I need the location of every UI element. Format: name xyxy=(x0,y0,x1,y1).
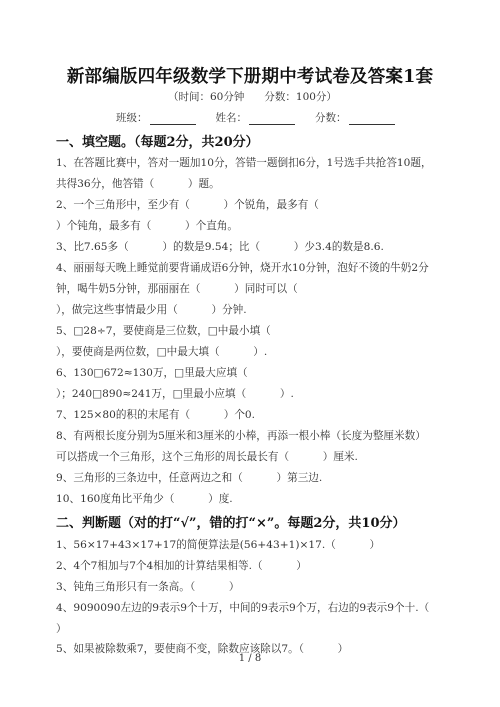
score-label: 分数： xyxy=(315,110,347,125)
question-line: ） xyxy=(56,621,67,636)
name-label: 姓名： xyxy=(216,110,248,125)
page-indicator: 1 / 8 xyxy=(0,653,500,664)
exam-page: 新部编版四年级数学下册期中考试卷及答案1套 （时间：60分钟 分数：100分） … xyxy=(0,0,500,707)
question-line: ），要使商是两位数，□中最大填（ ）. xyxy=(56,344,267,359)
question-line: 5、□28÷7，要使商是三位数，□中最小填（ xyxy=(56,323,271,338)
question-line: 6、130□672≈130万，□里最大应填（ xyxy=(56,365,248,380)
question-line: ）个钝角，最多有（ ）个直角。 xyxy=(56,218,238,233)
document-title: 新部编版四年级数学下册期中考试卷及答案1套 xyxy=(0,63,500,88)
name-blank[interactable] xyxy=(249,113,295,125)
question-line: 8、有两根长度分别为5厘米和3厘米的小棒，再添一根小棒（长度为整厘米数） xyxy=(56,428,426,443)
question-line: 4、丽丽每天晚上睡觉前要背诵成语6分钟，烧开水10分钟，泡好不烫的牛奶2分 xyxy=(56,260,429,275)
score-blank[interactable] xyxy=(349,113,395,125)
exam-time-score: （时间：60分钟 分数：100分） xyxy=(168,89,337,104)
question-line: 可以搭成一个三角形，这个三角形的周长最长有（ ）厘米. xyxy=(56,449,358,464)
question-line: 共得36分，他答错（ ）题。 xyxy=(56,176,220,191)
question-line: 7、125×80的积的末尾有（ ）个0. xyxy=(56,407,255,422)
question-line: 3、钝角三角形只有一条高。（ ） xyxy=(56,579,239,594)
question-line: 10、160度角比平角少（ ）度. xyxy=(56,491,233,506)
question-line: 钟，喝牛奶5分钟，那丽丽在（ ）同时可以（ xyxy=(56,281,298,296)
student-info-fields: 班级： 姓名： 分数： xyxy=(116,110,415,125)
class-field: 班级： xyxy=(116,110,196,125)
question-line: 3、比7.65多（ ）的数是9.54；比（ ）少3.4的数是8.6. xyxy=(56,239,384,254)
question-line: 4、9090090左边的9表示9个十万，中间的9表示9个万，右边的9表示9个十.… xyxy=(56,600,429,615)
question-line: ），做完这些事情最少用（ ）分钟. xyxy=(56,302,247,317)
question-line: ）；240□890≈241万，□里最小应填（ ）. xyxy=(56,386,294,401)
class-blank[interactable] xyxy=(150,113,196,125)
section-true-false-heading: 二、判断题（对的打“√”，错的打“×”。每题2分，共10分） xyxy=(56,512,405,531)
class-label: 班级： xyxy=(116,110,148,125)
question-line: 2、4个7相加与7个4相加的计算结果相等.（ ） xyxy=(56,558,307,573)
question-line: 1、56×17+43×17+17的简便算法是(56+43+1)×17.（ ） xyxy=(56,537,380,552)
question-line: 9、三角形的三条边中，任意两边之和（ ）第三边. xyxy=(56,470,322,485)
question-line: 2、一个三角形中，至少有（ ）个锐角，最多有（ xyxy=(56,197,319,212)
name-field: 姓名： xyxy=(216,110,296,125)
question-line: 1、在答题比赛中，答对一题加10分，答错一题倒扣6分，1号选手共抢答10题， xyxy=(56,155,432,170)
section-fill-in-heading: 一、填空题。（每题2分，共20分） xyxy=(56,131,259,150)
score-field: 分数： xyxy=(315,110,395,125)
